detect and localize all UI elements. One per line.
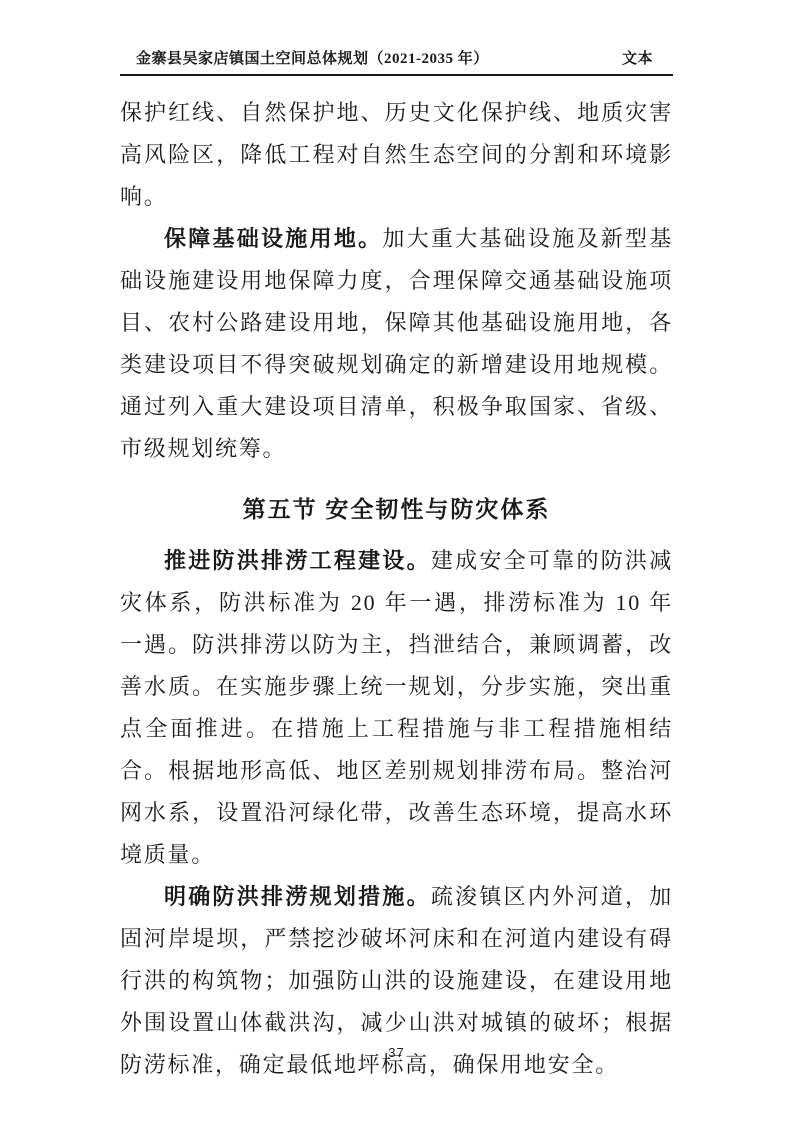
header-row: 金寨县吴家店镇国土空间总体规划（2021-2035 年） 文本 xyxy=(120,48,673,70)
page-body: 保护红线、自然保护地、历史文化保护线、地质灾害高风险区，降低工程对自然生态空间的… xyxy=(120,92,673,1086)
paragraph-text: 加大重大基础设施及新型基础设施建设用地保障力度，合理保障交通基础设施项目、农村公… xyxy=(120,226,673,461)
paragraph-ecological-protection: 保护红线、自然保护地、历史文化保护线、地质灾害高风险区，降低工程对自然生态空间的… xyxy=(120,92,673,218)
document-page: 金寨县吴家店镇国土空间总体规划（2021-2035 年） 文本 保护红线、自然保… xyxy=(0,0,793,1122)
header-doc-title: 金寨县吴家店镇国土空间总体规划（2021-2035 年） xyxy=(136,48,489,70)
paragraph-text: 建成安全可靠的防洪减灾体系，防洪标准为 20 年一遇，排涝标准为 10 年一遇。… xyxy=(120,548,673,867)
paragraph-lead: 明确防洪排涝规划措施。 xyxy=(164,884,431,909)
paragraph-lead: 推进防洪排涝工程建设。 xyxy=(164,548,431,573)
paragraph-lead: 保障基础设施用地。 xyxy=(164,226,382,251)
page-footer: 37 xyxy=(0,1045,793,1060)
section-heading: 第五节 安全韧性与防灾体系 xyxy=(120,492,673,528)
paragraph-flood-engineering: 推进防洪排涝工程建设。建成安全可靠的防洪减灾体系，防洪标准为 20 年一遇，排涝… xyxy=(120,540,673,876)
header-doc-type: 文本 xyxy=(622,48,653,70)
paragraph-infrastructure-land: 保障基础设施用地。加大重大基础设施及新型基础设施建设用地保障力度，合理保障交通基… xyxy=(120,218,673,470)
paragraph-text: 保护红线、自然保护地、历史文化保护线、地质灾害高风险区，降低工程对自然生态空间的… xyxy=(120,100,673,209)
page-number: 37 xyxy=(388,1045,404,1060)
page-header: 金寨县吴家店镇国土空间总体规划（2021-2035 年） 文本 xyxy=(120,48,673,76)
